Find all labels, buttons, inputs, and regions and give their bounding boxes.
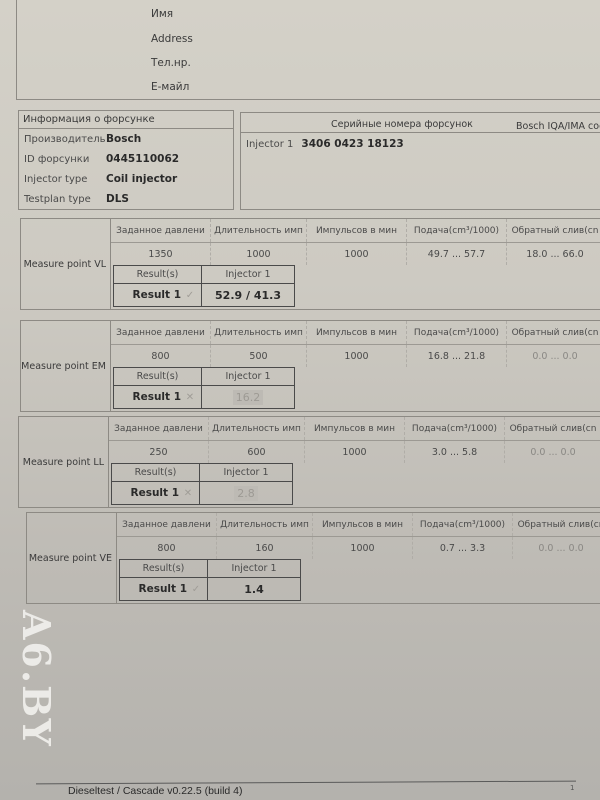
parameter-value-row: 80016010000.7 ... 3.30.0 ... 0.0 xyxy=(117,537,600,559)
result-value-cell: 52.9 / 41.3 xyxy=(202,284,294,306)
column-header: Длительность имп xyxy=(209,417,305,440)
customer-info-block: Имя Address Тел.нр. Е-майл xyxy=(16,0,600,100)
column-value: 18.0 ... 66.0 xyxy=(507,243,600,265)
measure-point-grid: Заданное давлениДлительность импИмпульсо… xyxy=(111,321,600,411)
measure-point-name: Measure point LL xyxy=(19,417,109,507)
result-row: Result 1 ✕ 2.8 xyxy=(112,482,292,504)
info-value: Bosch xyxy=(106,133,141,145)
check-icon: ✓ xyxy=(185,290,195,301)
column-value: 1000 xyxy=(307,243,407,265)
results-header: Result(s) xyxy=(112,464,200,481)
measure-point-name: Measure point VL xyxy=(21,219,111,309)
footer-divider xyxy=(36,781,576,785)
result-row: Result 1 ✓ 1.4 xyxy=(120,578,300,600)
column-value: 0.0 ... 0.0 xyxy=(507,345,600,367)
customer-name-label: Имя xyxy=(151,8,173,20)
result-table-header: Result(s) Injector 1 xyxy=(112,464,292,482)
footer-software-version: Dieseltest / Cascade v0.22.5 (build 4) xyxy=(68,785,243,797)
results-header: Result(s) xyxy=(120,560,208,577)
info-key: Injector type xyxy=(24,174,106,185)
column-header: Заданное давлени xyxy=(109,417,209,440)
measure-point-grid: Заданное давлениДлительность импИмпульсо… xyxy=(117,513,600,603)
serial-injector-label: Injector 1 xyxy=(246,139,293,150)
column-header: Длительность имп xyxy=(211,219,307,242)
result-label: Result 1 xyxy=(132,289,181,301)
column-value: 800 xyxy=(117,537,217,559)
injector-header: Injector 1 xyxy=(200,464,292,481)
result-value: 2.8 xyxy=(234,486,258,501)
result-table-header: Result(s) Injector 1 xyxy=(114,266,294,284)
column-header: Обратный слив(cn xyxy=(505,417,600,440)
result-table-header: Result(s) Injector 1 xyxy=(120,560,300,578)
serial-number-value: 3406 0423 18123 xyxy=(301,138,403,150)
info-row-injector-id: ID форсунки 0445110062 xyxy=(19,149,233,169)
customer-address-label: Address xyxy=(151,33,193,45)
column-value: 250 xyxy=(109,441,209,463)
injector-info-table: Информация о форсунке Производитель Bosc… xyxy=(18,110,234,210)
column-value: 600 xyxy=(209,441,305,463)
result-value-cell: 16.2 xyxy=(202,386,294,408)
parameter-header-row: Заданное давлениДлительность импИмпульсо… xyxy=(111,219,600,243)
column-header: Обратный слив(cn xyxy=(507,219,600,242)
result-value: 1.4 xyxy=(244,583,264,596)
result-label: Result 1 xyxy=(132,391,181,403)
column-header: Импульсов в мин xyxy=(307,321,407,344)
customer-email-label: Е-майл xyxy=(151,81,189,93)
result-label: Result 1 xyxy=(138,583,187,595)
column-header: Импульсов в мин xyxy=(307,219,407,242)
info-key: Testplan type xyxy=(24,194,106,205)
column-header: Подача(cm³/1000) xyxy=(413,513,513,536)
parameter-header-row: Заданное давлениДлительность импИмпульсо… xyxy=(117,513,600,537)
result-label-cell: Result 1 ✕ xyxy=(114,386,202,408)
info-row-testplan-type: Testplan type DLS xyxy=(19,189,233,209)
column-header: Обратный слив(cn xyxy=(507,321,600,344)
column-value: 800 xyxy=(111,345,211,367)
column-header: Импульсов в мин xyxy=(305,417,405,440)
column-value: 1000 xyxy=(313,537,413,559)
measure-point-grid: Заданное давлениДлительность импИмпульсо… xyxy=(109,417,600,507)
column-header: Подача(cm³/1000) xyxy=(407,219,507,242)
column-header: Заданное давлени xyxy=(111,321,211,344)
injector-info-title: Информация о форсунке xyxy=(19,111,233,129)
info-value: DLS xyxy=(106,193,129,205)
column-value: 1000 xyxy=(307,345,407,367)
results-header: Result(s) xyxy=(114,368,202,385)
result-label-cell: Result 1 ✓ xyxy=(120,578,208,600)
result-value: 16.2 xyxy=(233,390,264,405)
injector-header: Injector 1 xyxy=(208,560,300,577)
info-value: 0445110062 xyxy=(106,153,179,165)
column-header: Длительность имп xyxy=(211,321,307,344)
column-value: 160 xyxy=(217,537,313,559)
column-header: Заданное давлени xyxy=(111,219,211,242)
serial-numbers-table: Серийные номера форсунок Bosch IQA/IMA c… xyxy=(240,112,600,210)
parameter-value-row: 800500100016.8 ... 21.80.0 ... 0.0 xyxy=(111,345,600,367)
parameter-value-row: 13501000100049.7 ... 57.718.0 ... 66.0 xyxy=(111,243,600,265)
column-value: 49.7 ... 57.7 xyxy=(407,243,507,265)
column-value: 1000 xyxy=(305,441,405,463)
measure-point-grid: Заданное давлениДлительность импИмпульсо… xyxy=(111,219,600,309)
column-value: 3.0 ... 5.8 xyxy=(405,441,505,463)
results-header: Result(s) xyxy=(114,266,202,283)
measure-point-name: Measure point EM xyxy=(21,321,111,411)
column-value: 16.8 ... 21.8 xyxy=(407,345,507,367)
result-label-cell: Result 1 ✕ xyxy=(112,482,200,504)
column-value: 1000 xyxy=(211,243,307,265)
info-row-injector-type: Injector type Coil injector xyxy=(19,169,233,189)
column-header: Заданное давлени xyxy=(117,513,217,536)
result-row: Result 1 ✓ 52.9 / 41.3 xyxy=(114,284,294,306)
result-value: 52.9 / 41.3 xyxy=(215,289,281,302)
column-header: Подача(cm³/1000) xyxy=(405,417,505,440)
result-table-header: Result(s) Injector 1 xyxy=(114,368,294,386)
result-value-cell: 1.4 xyxy=(208,578,300,600)
column-value: 0.0 ... 0.0 xyxy=(513,537,600,559)
result-value-cell: 2.8 xyxy=(200,482,292,504)
result-table: Result(s) Injector 1 Result 1 ✕ 16.2 xyxy=(113,367,295,409)
parameter-header-row: Заданное давлениДлительность импИмпульсо… xyxy=(109,417,600,441)
column-header: Подача(cm³/1000) xyxy=(407,321,507,344)
iqa-header-label: Bosch IQA/IMA coo xyxy=(516,121,600,132)
info-value: Coil injector xyxy=(106,173,177,185)
report-page: Имя Address Тел.нр. Е-майл Информация о … xyxy=(0,0,600,800)
result-label: Result 1 xyxy=(130,487,179,499)
column-header: Длительность имп xyxy=(217,513,313,536)
column-header: Импульсов в мин xyxy=(313,513,413,536)
measure-point-block: Measure point LL Заданное давлениДлитель… xyxy=(18,416,600,508)
measure-point-block: Measure point EM Заданное давлениДлитель… xyxy=(20,320,600,412)
column-value: 0.7 ... 3.3 xyxy=(413,537,513,559)
result-table: Result(s) Injector 1 Result 1 ✕ 2.8 xyxy=(111,463,293,505)
result-row: Result 1 ✕ 16.2 xyxy=(114,386,294,408)
column-value: 1350 xyxy=(111,243,211,265)
result-table: Result(s) Injector 1 Result 1 ✓ 1.4 xyxy=(119,559,301,601)
info-key: Производитель xyxy=(24,134,106,145)
customer-phone-label: Тел.нр. xyxy=(151,57,191,69)
injector-header: Injector 1 xyxy=(202,368,294,385)
info-row-manufacturer: Производитель Bosch xyxy=(19,129,233,149)
result-table: Result(s) Injector 1 Result 1 ✓ 52.9 / 4… xyxy=(113,265,295,307)
measure-point-block: Measure point VL Заданное давлениДлитель… xyxy=(20,218,600,310)
parameter-header-row: Заданное давлениДлительность импИмпульсо… xyxy=(111,321,600,345)
measure-point-name: Measure point VE xyxy=(27,513,117,603)
serial-row: Injector 1 3406 0423 18123 xyxy=(246,138,404,150)
result-label-cell: Result 1 ✓ xyxy=(114,284,202,306)
injector-header: Injector 1 xyxy=(202,266,294,283)
measure-point-block: Measure point VE Заданное давлениДлитель… xyxy=(26,512,600,604)
page-number: 1 xyxy=(570,784,574,792)
parameter-value-row: 25060010003.0 ... 5.80.0 ... 0.0 xyxy=(109,441,600,463)
info-key: ID форсунки xyxy=(24,154,106,165)
serial-header-label: Серийные номера форсунок xyxy=(331,119,473,130)
watermark: A6.BY xyxy=(14,610,59,748)
cross-icon: ✕ xyxy=(185,392,195,403)
serial-header: Серийные номера форсунок Bosch IQA/IMA c… xyxy=(241,113,600,133)
cross-icon: ✕ xyxy=(183,488,193,499)
check-icon: ✓ xyxy=(191,584,201,595)
column-value: 0.0 ... 0.0 xyxy=(505,441,600,463)
column-header: Обратный слив(cn xyxy=(513,513,600,536)
column-value: 500 xyxy=(211,345,307,367)
